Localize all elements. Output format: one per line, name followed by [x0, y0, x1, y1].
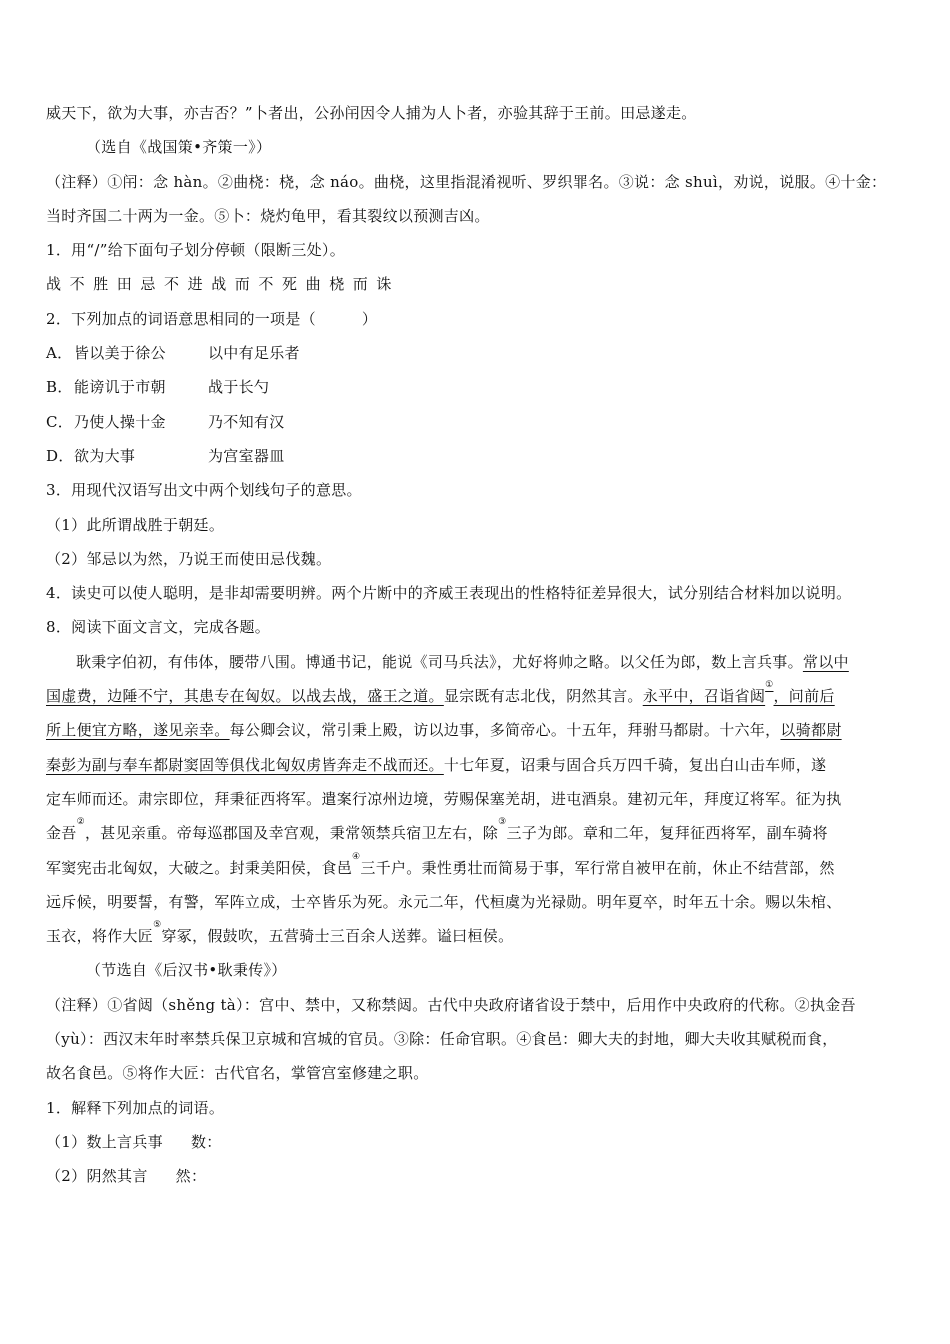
passage-line: 秦彭为副与奉车都尉窦固等俱伐北匈奴虏皆奔走不战而还。十七年夏，诏秉与固合兵万四千… — [46, 748, 916, 782]
item-label: （1）数上言兵事 — [46, 1133, 163, 1151]
document-page: 威天下，欲为大事，亦吉否？”卜者出，公孙闬因令人捕为人卜者，亦验其辞于王前。田忌… — [46, 96, 916, 1194]
option-right: 以中有足乐者 — [208, 344, 300, 362]
underlined-sentence: 永平中，召诣省闼 — [643, 687, 765, 705]
option-right: 乃不知有汉 — [208, 413, 285, 431]
question-1-sentence: 战不胜田忌不进战而不死曲桡而诛 — [46, 267, 916, 301]
passage-text: 十七年夏，诏秉与固合兵万四千骑，复出白山击车师，遂 — [444, 756, 827, 774]
option-label: D． — [46, 439, 74, 473]
passage-text: 金吾 — [46, 824, 77, 842]
option-right: 为宫室器皿 — [208, 447, 285, 465]
option-label: B． — [46, 370, 74, 404]
passage-line: 国虚费，边陲不宁，其患专在匈奴。以战去战，盛王之道。显宗既有志北伐，阴然其言。永… — [46, 679, 916, 713]
underlined-sentence: 常以中 — [803, 653, 849, 671]
word-explanation-item: （1）数上言兵事数： — [46, 1125, 916, 1159]
option-left: 乃使人操十金 — [74, 405, 208, 439]
passage-line: 耿秉字伯初，有伟体，腰带八围。博通书记，能说《司马兵法》，尤好将帅之略。以父任为… — [46, 645, 916, 679]
option-c[interactable]: C．乃使人操十金乃不知有汉 — [46, 405, 916, 439]
passage-text: 每公卿会议，常引秉上殿，访以边事，多简帝心。十五年，拜驸马都尉。十六年， — [230, 721, 781, 739]
underlined-sentence: 国虚费，边陲不宁，其患专在匈奴。以战去战，盛王之道。 — [46, 687, 444, 705]
option-label: C． — [46, 405, 74, 439]
passage-text: 远斥候，明要誓，有警，军阵立成，士卒皆乐为死。永元二年，代桓虞为光禄勋。明年夏卒… — [46, 893, 842, 911]
question-2-prompt: 2．下列加点的词语意思相同的一项是（ ） — [46, 302, 916, 336]
footnote-marker: ① — [765, 680, 773, 690]
option-a[interactable]: A．皆以美于徐公以中有足乐者 — [46, 336, 916, 370]
passage-line: 远斥候，明要誓，有警，军阵立成，士卒皆乐为死。永元二年，代桓虞为光禄勋。明年夏卒… — [46, 885, 916, 919]
notes-line: （注释）①省闼（shěng tà）：宫中、禁中，又称禁闼。古代中央政府诸省设于禁… — [46, 988, 916, 1022]
source-citation: （选自《战国策•齐策一》） — [46, 130, 916, 164]
underlined-sentence: 秦彭为副与奉车都尉窦固等俱伐北匈奴虏皆奔走不战而还。 — [46, 756, 444, 774]
source-citation: （节选自《后汉书•耿秉传》） — [46, 953, 916, 987]
option-left: 能谤讥于市朝 — [74, 370, 208, 404]
passage-text: 显宗既有志北伐，阴然其言。 — [444, 687, 643, 705]
question-3-item: （1）此所谓战胜于朝廷。 — [46, 508, 916, 542]
passage-text: 三子为郎。章和二年，复拜征西将军，副车骑将 — [506, 824, 827, 842]
answer-word: 数： — [191, 1133, 222, 1151]
passage-line: 玉衣，将作大匠⑤穿冢，假鼓吹，五营骑士三百余人送葬。谥曰桓侯。 — [46, 919, 916, 953]
passage-text: 穿冢，假鼓吹，五营骑士三百余人送葬。谥曰桓侯。 — [161, 927, 513, 945]
passage-line: 所上便宜方略，遂见亲幸。每公卿会议，常引秉上殿，访以边事，多简帝心。十五年，拜驸… — [46, 713, 916, 747]
passage-text: 三千户。秉性勇壮而简易于事，军行常自被甲在前，休止不结营部，然 — [360, 859, 834, 877]
answer-word: 然： — [176, 1167, 207, 1185]
option-b[interactable]: B．能谤讥于市朝战于长勺 — [46, 370, 916, 404]
question-4-prompt: 4．读史可以使人聪明，是非却需要明辨。两个片断中的齐威王表现出的性格特征差异很大… — [46, 576, 916, 610]
footnote-marker: ③ — [498, 817, 506, 827]
underlined-sentence: ，问前后 — [774, 687, 835, 705]
footnote-marker: ② — [77, 817, 85, 827]
notes-line: 当时齐国二十两为一金。⑤卜：烧灼龟甲，看其裂纹以预测吉凶。 — [46, 199, 916, 233]
footnote-marker: ⑤ — [153, 920, 161, 930]
passage-line: 金吾②，甚见亲重。帝每巡郡国及幸宫观，秉常领禁兵宿卫左右，除③三子为郎。章和二年… — [46, 816, 916, 850]
question-3-item: （2）邹忌以为然，乃说王而使田忌伐魏。 — [46, 542, 916, 576]
footnote-marker: ④ — [352, 852, 360, 862]
word-explanation-item: （2）阴然其言然： — [46, 1159, 916, 1193]
option-label: A． — [46, 336, 74, 370]
passage-line: 威天下，欲为大事，亦吉否？”卜者出，公孙闬因令人捕为人卜者，亦验其辞于王前。田忌… — [46, 96, 916, 130]
option-left: 皆以美于徐公 — [74, 336, 208, 370]
notes-line: （yù）：西汉末年时率禁兵保卫京城和宫城的官员。③除：任命官职。④食邑：卿大夫的… — [46, 1022, 916, 1056]
underlined-sentence: 以骑都尉 — [780, 721, 841, 739]
passage-text: 玉衣，将作大匠 — [46, 927, 153, 945]
option-right: 战于长勺 — [208, 378, 269, 396]
section-8-heading: 8．阅读下面文言文，完成各题。 — [46, 610, 916, 644]
option-left: 欲为大事 — [74, 439, 208, 473]
notes-line: （注释）①闬：念 hàn。②曲桡：桡，念 náo。曲桡，这里指混淆视听、罗织罪名… — [46, 165, 916, 199]
question-3-prompt: 3．用现代汉语写出文中两个划线句子的意思。 — [46, 473, 916, 507]
passage-text: ，甚见亲重。帝每巡郡国及幸宫观，秉常领禁兵宿卫左右，除 — [85, 824, 498, 842]
passage-text: 耿秉字伯初，有伟体，腰带八围。博通书记，能说《司马兵法》，尤好将帅之略。以父任为… — [76, 653, 803, 671]
passage-text: 军窦宪击北匈奴，大破之。封秉美阳侯，食邑 — [46, 859, 352, 877]
passage-line: 军窦宪击北匈奴，大破之。封秉美阳侯，食邑④三千户。秉性勇壮而简易于事，军行常自被… — [46, 851, 916, 885]
question-1-prompt: 1．用“/”给下面句子划分停顿（限断三处）。 — [46, 233, 916, 267]
item-label: （2）阴然其言 — [46, 1167, 148, 1185]
passage-line: 定车师而还。肃宗即位，拜秉征西将军。遣案行凉州边境，劳赐保塞羌胡，进屯酒泉。建初… — [46, 782, 916, 816]
notes-line: 故名食邑。⑤将作大匠：古代官名，掌管宫室修建之职。 — [46, 1056, 916, 1090]
section-8-question-1-prompt: 1．解释下列加点的词语。 — [46, 1091, 916, 1125]
passage-text: 定车师而还。肃宗即位，拜秉征西将军。遣案行凉州边境，劳赐保塞羌胡，进屯酒泉。建初… — [46, 790, 842, 808]
underlined-sentence: 所上便宜方略，遂见亲幸。 — [46, 721, 230, 739]
option-d[interactable]: D．欲为大事为宫室器皿 — [46, 439, 916, 473]
classical-passage: 耿秉字伯初，有伟体，腰带八围。博通书记，能说《司马兵法》，尤好将帅之略。以父任为… — [46, 645, 916, 954]
